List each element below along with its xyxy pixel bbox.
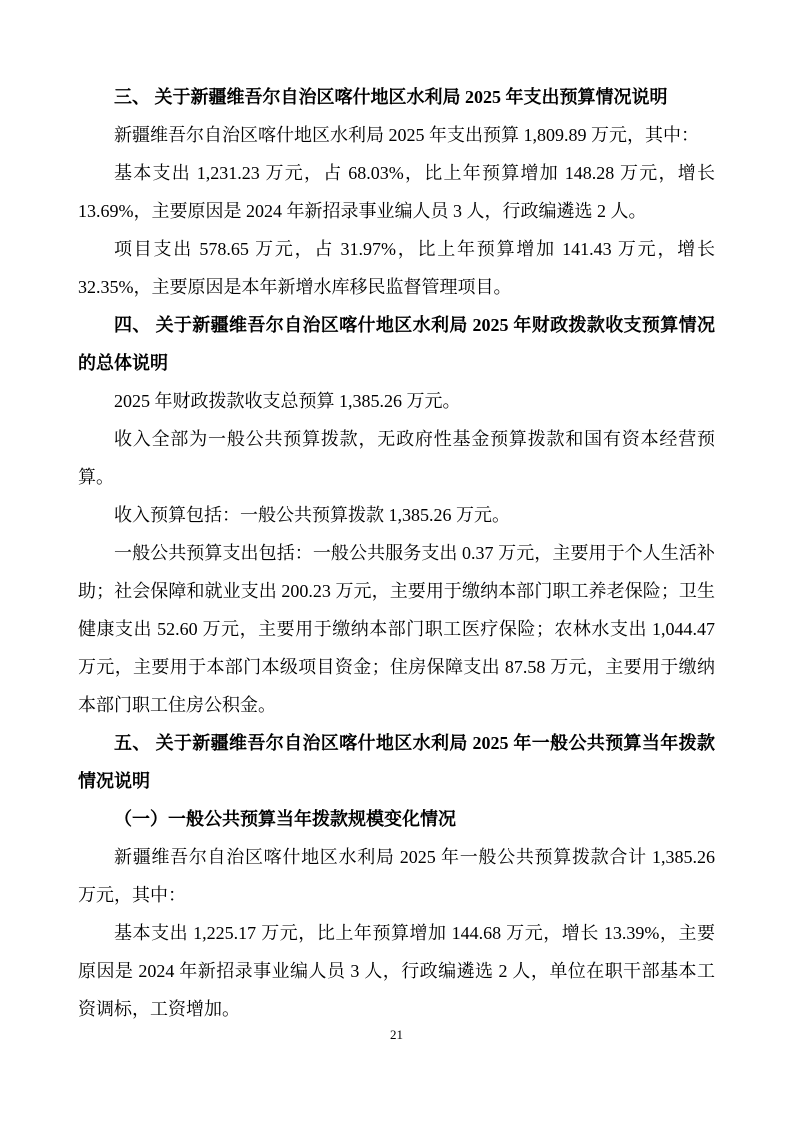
paragraph-basic-expenditure: 基本支出 1,231.23 万元，占 68.03%，比上年预算增加 148.28… [78, 154, 715, 230]
section-heading-5: 五、 关于新疆维吾尔自治区喀什地区水利局 2025 年一般公共预算当年拨款情况说… [78, 724, 715, 800]
paragraph-public-budget-breakdown: 一般公共预算支出包括：一般公共服务支出 0.37 万元，主要用于个人生活补助；社… [78, 534, 715, 724]
paragraph-expenditure-total: 新疆维吾尔自治区喀什地区水利局 2025 年支出预算 1,809.89 万元，其… [78, 116, 715, 154]
page-number: 21 [390, 1027, 403, 1042]
page-footer: 21 [0, 1026, 793, 1044]
paragraph-fiscal-total: 2025 年财政拨款收支总预算 1,385.26 万元。 [78, 382, 715, 420]
section-heading-3: 三、 关于新疆维吾尔自治区喀什地区水利局 2025 年支出预算情况说明 [78, 78, 715, 116]
subsection-heading-1: （一）一般公共预算当年拨款规模变化情况 [78, 800, 715, 838]
document-page: 三、 关于新疆维吾尔自治区喀什地区水利局 2025 年支出预算情况说明 新疆维吾… [0, 0, 793, 1122]
paragraph-income-budget: 收入预算包括：一般公共预算拨款 1,385.26 万元。 [78, 496, 715, 534]
document-body: 三、 关于新疆维吾尔自治区喀什地区水利局 2025 年支出预算情况说明 新疆维吾… [78, 78, 715, 1028]
section-heading-4: 四、 关于新疆维吾尔自治区喀什地区水利局 2025 年财政拨款收支预算情况的总体… [78, 306, 715, 382]
paragraph-basic-expenditure-2: 基本支出 1,225.17 万元，比上年预算增加 144.68 万元，增长 13… [78, 914, 715, 1028]
paragraph-allocation-total: 新疆维吾尔自治区喀什地区水利局 2025 年一般公共预算拨款合计 1,385.2… [78, 838, 715, 914]
paragraph-income-source: 收入全部为一般公共预算拨款，无政府性基金预算拨款和国有资本经营预算。 [78, 420, 715, 496]
paragraph-project-expenditure: 项目支出 578.65 万元，占 31.97%，比上年预算增加 141.43 万… [78, 230, 715, 306]
